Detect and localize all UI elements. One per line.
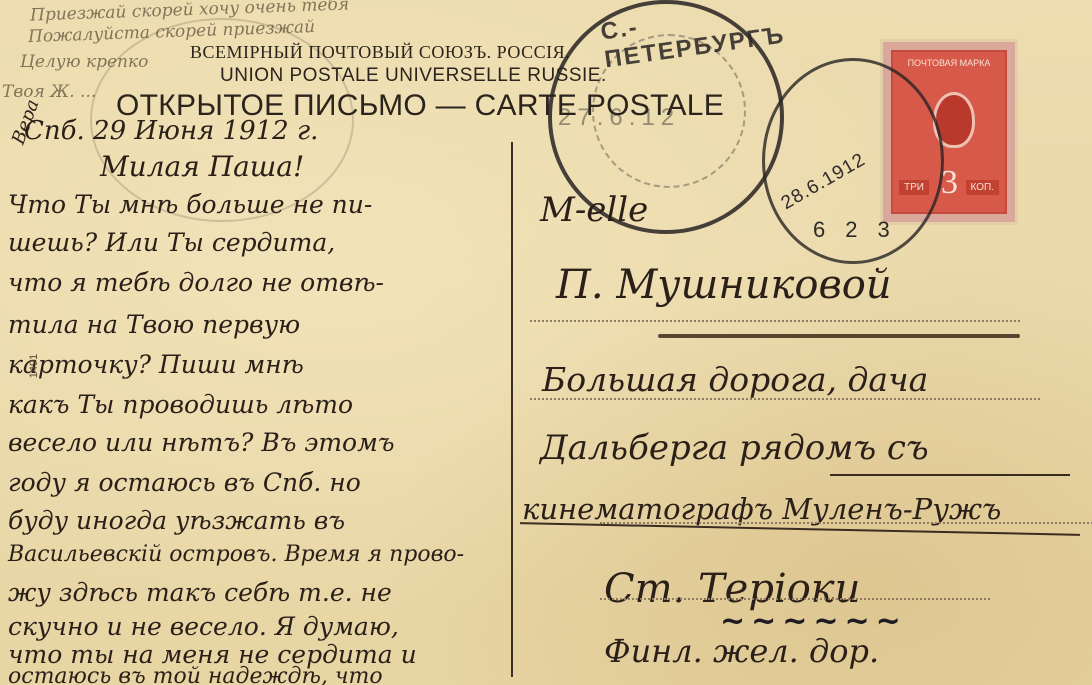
name-underline [658, 334, 1020, 338]
address-dotted-line [530, 398, 1040, 400]
address-underline [830, 474, 1070, 476]
postmark-arrival: 28.6.1912 623 [762, 58, 944, 264]
postcard: ВСЕМIРНЫЙ ПОЧТОВЫЙ СОЮЗЪ. РОССIЯ. UNION … [0, 0, 1092, 685]
stamp-value-right: КОП. [966, 180, 999, 195]
date-line: Спб. 29 Июня 1912 г. [24, 116, 318, 146]
address-line-1: Большая дорога, дача [542, 360, 928, 399]
postmark-arrival-date: 28.6.1912 [778, 149, 870, 215]
address-line-2: Дальберга рядомъ съ [540, 428, 929, 468]
message-line: буду иногда уѣзжать въ [8, 506, 345, 535]
address-dotted-line [600, 522, 1092, 524]
message-line: Что Ты мнѣ больше не пи- [8, 190, 372, 219]
cross-writing-line: Целую крепко [20, 52, 148, 72]
address-railway: Финл. жел. дор. [604, 632, 879, 670]
message-line: остаюсь въ той надеждѣ, что [8, 664, 383, 685]
address-salutation: М-elle [540, 190, 648, 230]
address-dotted-line [530, 320, 1020, 322]
address-name: П. Мушниковой [556, 262, 892, 308]
message-line: какъ Ты проводишь лѣто [8, 390, 353, 419]
message-line: карточку? Пиши мнѣ [8, 350, 304, 379]
center-divider [511, 142, 513, 677]
message-line: весело или нѣтъ? Въ этомъ [8, 428, 395, 457]
greeting: Милая Паша! [100, 150, 304, 183]
address-line-3: кинематографъ Муленъ-Ружъ [522, 492, 1001, 526]
message-line: скучно и не весело. Я думаю, [8, 612, 399, 641]
stamp-caption: ПОЧТОВАЯ МАРКА [893, 58, 1005, 68]
message-line: шешь? Или Ты сердита, [8, 228, 335, 257]
message-line: Васильевскій островъ. Время я прово- [8, 542, 464, 567]
message-line: тила на Твою первую [8, 310, 300, 339]
postmark-date: 27.6.12 [558, 104, 680, 132]
message-line: жу здѣсь такъ себѣ т.е. не [8, 578, 392, 607]
address-dotted-line [600, 598, 990, 600]
postmark-arrival-code: 623 [813, 217, 910, 243]
message-line: году я остаюсь въ Спб. но [8, 468, 361, 497]
side-number: 1491 [28, 354, 40, 378]
cross-writing-line: Твоя Ж. ... [2, 82, 96, 102]
message-line: что я тебѣ долго не отвѣ- [8, 268, 384, 297]
